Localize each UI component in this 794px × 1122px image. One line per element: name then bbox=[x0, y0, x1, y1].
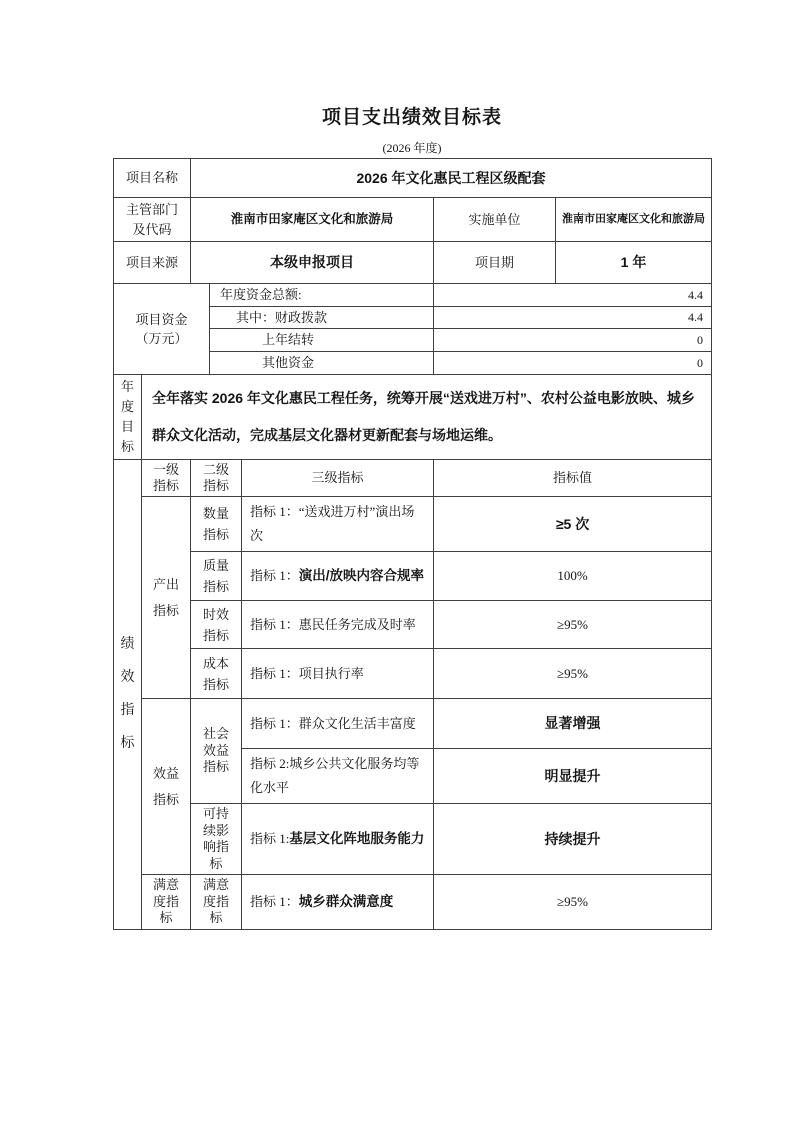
impl-unit-value: 淮南市田家庵区文化和旅游局 bbox=[556, 198, 712, 242]
indicator-value: ≥5 次 bbox=[434, 497, 712, 552]
indicator-value: ≥95% bbox=[434, 875, 712, 930]
indicator-name: 城乡群众满意度 bbox=[299, 894, 394, 909]
indicator-name: 惠民任务完成及时率 bbox=[299, 617, 416, 632]
indicator-name: 项目执行率 bbox=[299, 666, 364, 681]
fund-row-value: 4.4 bbox=[434, 306, 712, 329]
indicator-prefix: 指标 1： bbox=[250, 504, 299, 519]
indicator-value: ≥95% bbox=[434, 601, 712, 649]
fund-row-label: 其中：财政拨款 bbox=[210, 306, 434, 329]
indicator-name: 群众文化生活丰富度 bbox=[299, 716, 416, 731]
level1-output: 产出指标 bbox=[142, 497, 191, 699]
annual-goal-text: 全年落实 2026 年文化惠民工程任务，统筹开展“送戏进万村”、农村公益电影放映… bbox=[142, 375, 712, 460]
fund-row-value: 0 bbox=[434, 329, 712, 352]
period-label: 项目期 bbox=[434, 242, 556, 284]
indicator-prefix: 指标 1： bbox=[250, 617, 299, 632]
funds-label: 项目资金 （万元） bbox=[114, 284, 210, 375]
indicator-value: 持续提升 bbox=[434, 804, 712, 875]
indicator-prefix: 指标 2: bbox=[250, 756, 289, 771]
fund-row-label: 年度资金总额: bbox=[210, 284, 434, 307]
annual-goal-label: 年度目标 bbox=[114, 375, 142, 460]
fund-row-value: 0 bbox=[434, 352, 712, 375]
dept-value: 淮南市田家庵区文化和旅游局 bbox=[191, 198, 434, 242]
header-value: 指标值 bbox=[434, 460, 712, 497]
indicator-value: 显著增强 bbox=[434, 699, 712, 749]
source-label: 项目来源 bbox=[114, 242, 191, 284]
level2-cell: 社会效益指标 bbox=[191, 699, 242, 804]
project-name-value: 2026 年文化惠民工程区级配套 bbox=[191, 159, 712, 198]
performance-target-table: 项目名称 2026 年文化惠民工程区级配套 主管部门 及代码 淮南市田家庵区文化… bbox=[113, 158, 712, 930]
level2-cell: 可持续影响指标 bbox=[191, 804, 242, 875]
level2-cell: 质量指标 bbox=[191, 552, 242, 601]
page-subtitle: (2026 年度) bbox=[113, 139, 711, 156]
level1-benefit: 效益指标 bbox=[142, 699, 191, 875]
level1-satisfaction: 满意度指标 bbox=[142, 875, 191, 930]
project-name-label: 项目名称 bbox=[114, 159, 191, 198]
indicator-text: 指标 1：群众文化生活丰富度 bbox=[242, 699, 434, 749]
indicator-text: 指标 1：“送戏进万村”演出场次 bbox=[242, 497, 434, 552]
indicator-text: 指标 1：演出/放映内容合规率 bbox=[242, 552, 434, 601]
indicator-prefix: 指标 1： bbox=[250, 666, 299, 681]
fund-row-label: 其他资金 bbox=[210, 352, 434, 375]
indicator-name: 演出/放映内容合规率 bbox=[299, 568, 424, 583]
fund-row-label: 上年结转 bbox=[210, 329, 434, 352]
level2-cell: 时效指标 bbox=[191, 601, 242, 649]
perf-side-label: 绩效指标 bbox=[114, 460, 142, 930]
indicator-text: 指标 2:城乡公共文化服务均等化水平 bbox=[242, 749, 434, 804]
indicator-prefix: 指标 1： bbox=[250, 716, 299, 731]
level2-cell: 成本指标 bbox=[191, 649, 242, 699]
fund-row-value: 4.4 bbox=[434, 284, 712, 307]
header-level3: 三级指标 bbox=[242, 460, 434, 497]
indicator-text: 指标 1：惠民任务完成及时率 bbox=[242, 601, 434, 649]
impl-unit-label: 实施单位 bbox=[434, 198, 556, 242]
annual-goal-label-text: 年度目标 bbox=[120, 377, 135, 457]
indicator-name: 基层文化阵地服务能力 bbox=[289, 831, 424, 846]
indicator-prefix: 指标 1： bbox=[250, 894, 299, 909]
indicator-value: ≥95% bbox=[434, 649, 712, 699]
indicator-text: 指标 1：城乡群众满意度 bbox=[242, 875, 434, 930]
source-value: 本级申报项目 bbox=[191, 242, 434, 284]
indicator-value: 100% bbox=[434, 552, 712, 601]
level2-cell: 满意度指标 bbox=[191, 875, 242, 930]
indicator-prefix: 指标 1: bbox=[250, 831, 289, 846]
header-level2: 二级指标 bbox=[191, 460, 242, 497]
perf-side-label-text: 绩效指标 bbox=[120, 628, 135, 760]
header-level1: 一级指标 bbox=[142, 460, 191, 497]
page-title: 项目支出绩效目标表 bbox=[113, 102, 711, 129]
dept-label: 主管部门 及代码 bbox=[114, 198, 191, 242]
level2-cell: 数量指标 bbox=[191, 497, 242, 552]
indicator-value: 明显提升 bbox=[434, 749, 712, 804]
indicator-prefix: 指标 1： bbox=[250, 568, 299, 583]
period-value: 1 年 bbox=[556, 242, 712, 284]
indicator-text: 指标 1:基层文化阵地服务能力 bbox=[242, 804, 434, 875]
indicator-text: 指标 1：项目执行率 bbox=[242, 649, 434, 699]
